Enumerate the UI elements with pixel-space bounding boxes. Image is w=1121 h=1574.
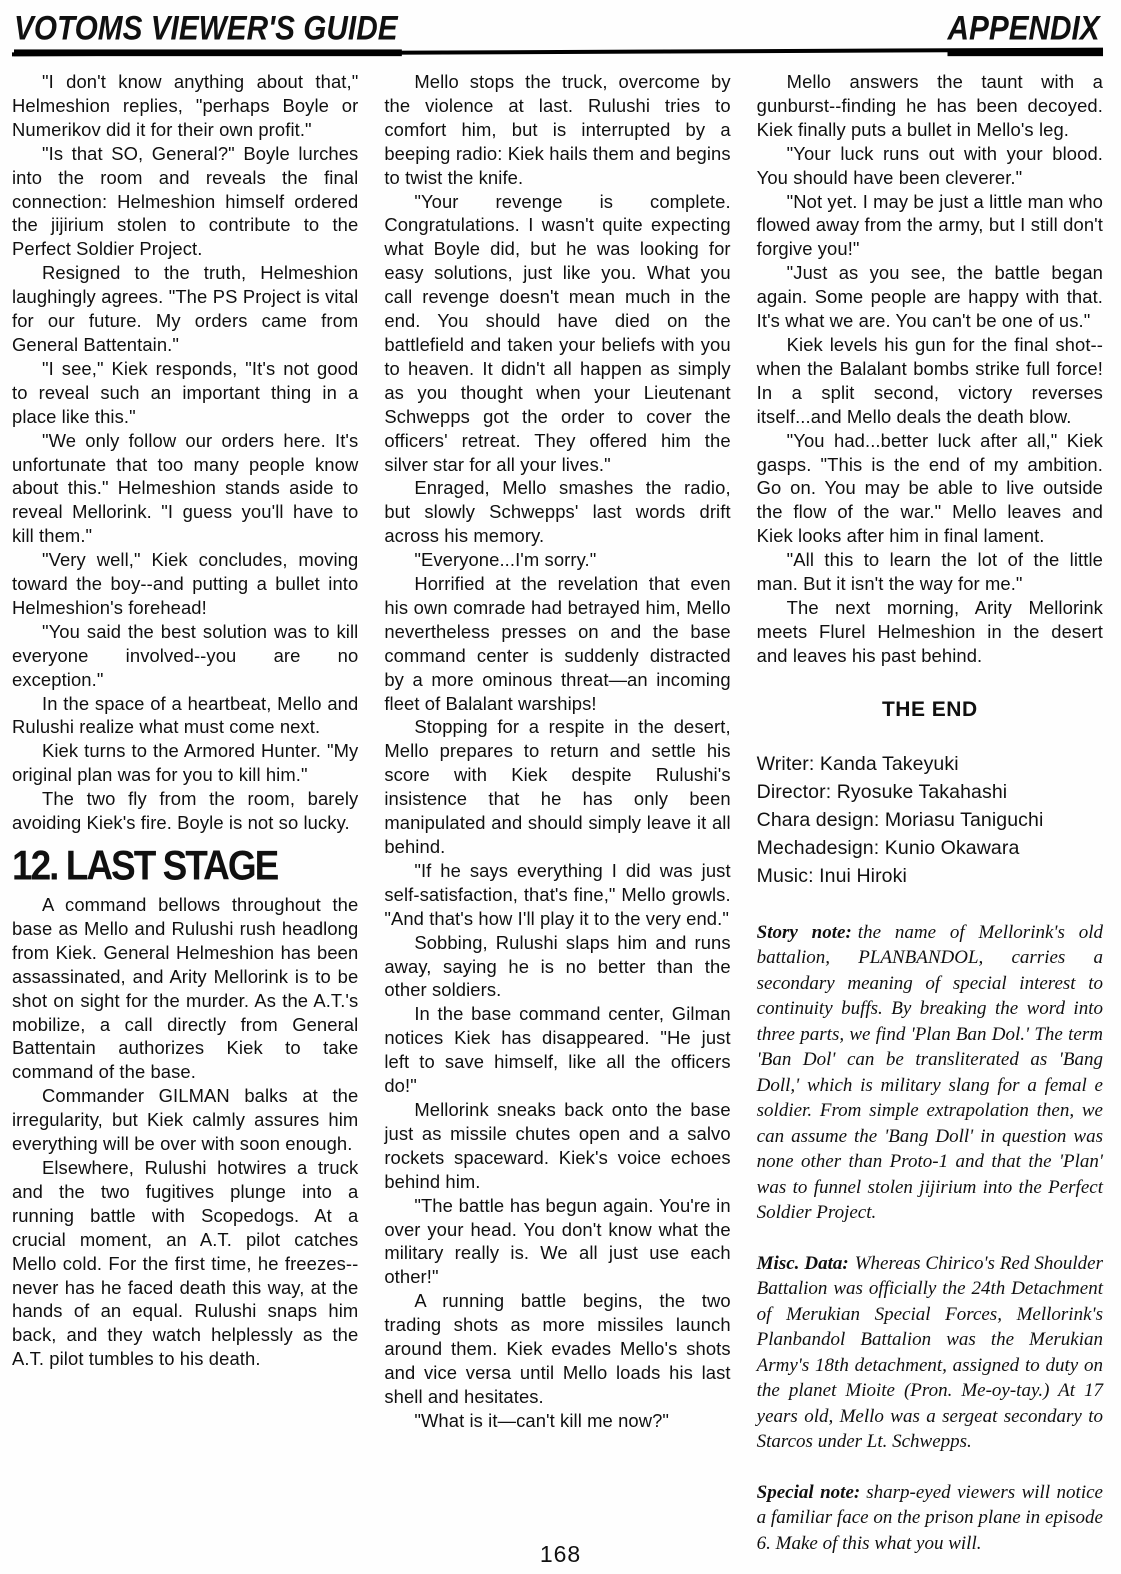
- paragraph: Elsewhere, Rulushi hotwires a truck and …: [12, 1156, 358, 1371]
- paragraph: Resigned to the truth, Helmeshion laughi…: [12, 261, 358, 357]
- paragraph: "Very well," Kiek concludes, moving towa…: [12, 548, 358, 620]
- paragraph: The next morning, Arity Mellorink meets …: [757, 596, 1103, 668]
- paragraph: A running battle begins, the two trading…: [384, 1289, 730, 1409]
- paragraph: "Your revenge is complete. Congratulatio…: [384, 190, 730, 477]
- paragraph: Stopping for a respite in the desert, Me…: [384, 715, 730, 858]
- page-header: VOTOMS VIEWER'S GUIDE APPENDIX: [12, 8, 1103, 58]
- page-number: 168: [0, 1541, 1121, 1568]
- credit-line: Music: Inui Hiroki: [757, 862, 1103, 890]
- paragraph: "We only follow our orders here. It's un…: [12, 429, 358, 549]
- credit-line: Director: Ryosuke Takahashi: [757, 778, 1103, 806]
- misc-data-note: Misc. Data:Whereas Chirico's Red Shoulde…: [757, 1251, 1103, 1455]
- paragraph: "I don't know anything about that," Helm…: [12, 70, 358, 142]
- paragraph: Kiek turns to the Armored Hunter. "My or…: [12, 739, 358, 787]
- paragraph: Mellorink sneaks back onto the base just…: [384, 1098, 730, 1194]
- paragraph: "All this to learn the lot of the little…: [757, 548, 1103, 596]
- note-label: Misc. Data:: [757, 1253, 849, 1274]
- paragraph: Mello answers the taunt with a gunburst-…: [757, 70, 1103, 142]
- paragraph: "Everyone...I'm sorry.": [384, 548, 730, 572]
- paragraph: The two fly from the room, barely avoidi…: [12, 787, 358, 835]
- paragraph: "Just as you see, the battle began again…: [757, 261, 1103, 333]
- chapter-heading: 12. LAST STAGE: [12, 842, 358, 889]
- the-end-heading: THE END: [757, 698, 1103, 722]
- credits-list: Writer: Kanda Takeyuki Director: Ryosuke…: [757, 750, 1103, 890]
- paragraph: In the base command center, Gilman notic…: [384, 1002, 730, 1098]
- paragraph: Horrified at the revelation that even hi…: [384, 572, 730, 715]
- paragraph: Enraged, Mello smashes the radio, but sl…: [384, 476, 730, 548]
- paragraph: "Not yet. I may be just a little man who…: [757, 190, 1103, 262]
- paragraph: "You said the best solution was to kill …: [12, 620, 358, 692]
- column-1: "I don't know anything about that," Helm…: [12, 70, 358, 1522]
- note-text: Whereas Chirico's Red Shoulder Battalion…: [757, 1253, 1103, 1453]
- paragraph: Commander GILMAN balks at the irregulari…: [12, 1084, 358, 1156]
- paragraph: "I see," Kiek responds, "It's not good t…: [12, 357, 358, 429]
- paragraph: Mello stops the truck, overcome by the v…: [384, 70, 730, 190]
- paragraph: "The battle has begun again. You're in o…: [384, 1194, 730, 1290]
- credit-line: Chara design: Moriasu Taniguchi: [757, 806, 1103, 834]
- paragraph: "Your luck runs out with your blood. You…: [757, 142, 1103, 190]
- scanned-document-page: VOTOMS VIEWER'S GUIDE APPENDIX "I don't …: [0, 0, 1121, 1574]
- paragraph: Kiek levels his gun for the final shot--…: [757, 333, 1103, 429]
- column-3: Mello answers the taunt with a gunburst-…: [757, 70, 1103, 1522]
- note-text: the name of Mellorink's old battalion, P…: [757, 922, 1103, 1224]
- paragraph: "Is that SO, General?" Boyle lurches int…: [12, 142, 358, 262]
- paragraph: Sobbing, Rulushi slaps him and runs away…: [384, 931, 730, 1003]
- note-label: Special note:: [757, 1482, 861, 1503]
- credit-line: Mechadesign: Kunio Okawara: [757, 834, 1103, 862]
- paragraph: "If he says everything I did was just se…: [384, 859, 730, 931]
- text-columns: "I don't know anything about that," Helm…: [12, 70, 1103, 1522]
- paragraph: In the space of a heartbeat, Mello and R…: [12, 692, 358, 740]
- page-title: VOTOMS VIEWER'S GUIDE: [14, 8, 401, 56]
- paragraph: A command bellows throughout the base as…: [12, 893, 358, 1084]
- story-note: Story note:the name of Mellorink's old b…: [757, 920, 1103, 1226]
- paragraph: "You had...better luck after all," Kiek …: [757, 429, 1103, 549]
- note-label: Story note:: [757, 922, 852, 943]
- column-2: Mello stops the truck, overcome by the v…: [384, 70, 730, 1522]
- paragraph: "What is it—can't kill me now?": [384, 1409, 730, 1433]
- credit-line: Writer: Kanda Takeyuki: [757, 750, 1103, 778]
